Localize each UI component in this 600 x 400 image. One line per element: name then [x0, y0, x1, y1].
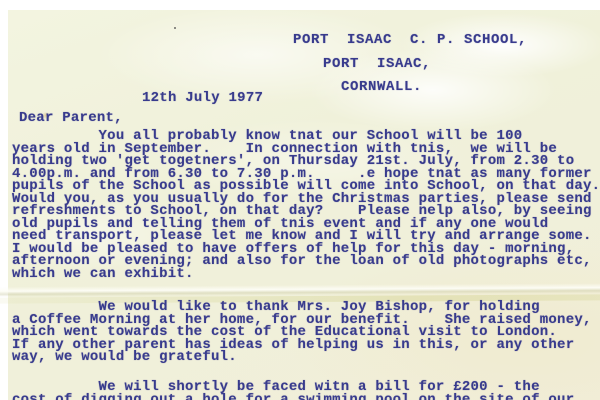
school-address: PORT ISAAC, — [323, 57, 431, 71]
letter-line: cost of digging out a hole for a swimmin… — [12, 394, 574, 400]
letter-paragraph-1: You all probably know tnat our School wi… — [12, 130, 600, 281]
scanned-letter-photo: PORT ISAAC C. P. SCHOOL, PORT ISAAC, COR… — [0, 0, 600, 400]
school-county: CORNWALL. — [341, 80, 422, 94]
school-name: PORT ISAAC C. P. SCHOOL, — [293, 33, 527, 47]
letter-paragraph-3: We will shortly be faced witn a bill for… — [12, 381, 574, 400]
letter-salutation: Dear Parent, — [19, 112, 123, 125]
paper-speck — [174, 27, 176, 29]
letter-paragraph-2: We would like to thank Mrs. Joy Bishop, … — [12, 301, 592, 364]
letter-line: way, we would be grateful. — [12, 351, 592, 364]
letter-date: 12th July 1977 — [142, 91, 263, 105]
letter-line: which we can exhibit. — [12, 268, 600, 281]
